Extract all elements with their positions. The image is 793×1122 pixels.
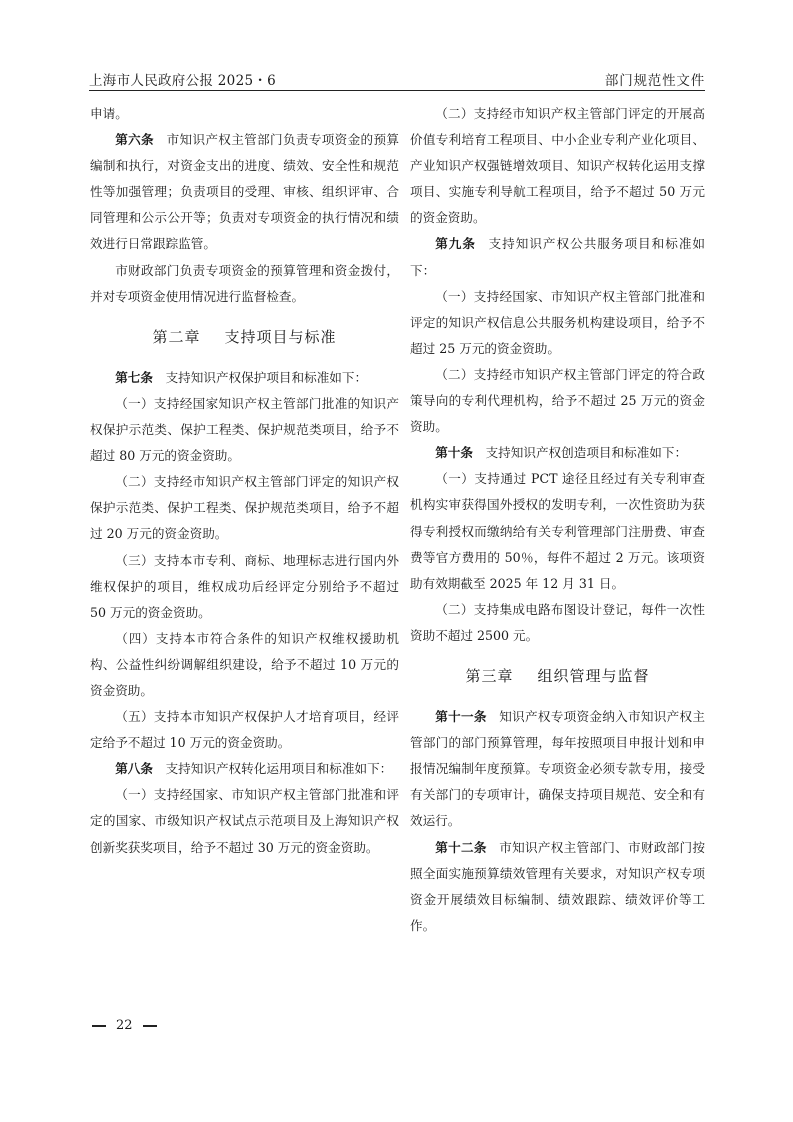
paragraph: 申请。 bbox=[90, 101, 399, 127]
article-label: 第十二条 bbox=[435, 840, 487, 855]
clause: （四）支持本市符合条件的知识产权维权援助机构、公益性纠纷调解组织建设，给予不超过… bbox=[90, 626, 399, 704]
dash-right bbox=[143, 1025, 157, 1027]
clause: （二）支持集成电路布图设计登记，每件一次性资助不超过 2500 元。 bbox=[410, 597, 705, 649]
right-column: （二）支持经市知识产权主管部门评定的开展高价值专利培育工程项目、中小企业专利产业… bbox=[410, 101, 705, 939]
chapter-title: 组织管理与监督 bbox=[538, 667, 650, 685]
clause: （一）支持经国家、市知识产权主管部门批准和评定的国家、市级知识产权试点示范项目及… bbox=[90, 782, 399, 860]
clause: （一）支持经国家知识产权主管部门批准的知识产权保护示范类、保护工程类、保护规范类… bbox=[90, 391, 399, 469]
article-text: 支持知识产权转化运用项目和标准如下： bbox=[166, 761, 393, 776]
article-12: 第十二条市知识产权主管部门、市财政部门按照全面实施预算绩效管理有关要求，对知识产… bbox=[410, 835, 705, 939]
article-8: 第八条支持知识产权转化运用项目和标准如下： bbox=[90, 756, 399, 782]
clause: （五）支持本市知识产权保护人才培育项目，经评定给予不超过 10 万元的资金资助。 bbox=[90, 704, 399, 756]
clause: （一）支持经国家、市知识产权主管部门批准和评定的知识产权信息公共服务机构建设项目… bbox=[410, 284, 705, 362]
dash-left bbox=[92, 1025, 106, 1027]
paragraph: 市财政部门负责专项资金的预算管理和资金拨付，并对专项资金使用情况进行监督检查。 bbox=[90, 258, 399, 310]
clause: （一）支持通过 PCT 途径且经过有关专利审查机构实审获得国外授权的发明专利，一… bbox=[410, 466, 705, 596]
chapter-number: 第三章 bbox=[465, 667, 513, 685]
clause: （二）支持经市知识产权主管部门评定的符合政策导向的专利代理机构，给予不超过 25… bbox=[410, 362, 705, 440]
clause: （二）支持经市知识产权主管部门评定的开展高价值专利培育工程项目、中小企业专利产业… bbox=[410, 101, 705, 231]
page-number: 22 bbox=[92, 1018, 157, 1033]
chapter-number: 第二章 bbox=[152, 328, 200, 346]
running-header: 上海市人民政府公报 2025・6 部门规范性文件 bbox=[89, 66, 705, 91]
article-11: 第十一条知识产权专项资金纳入市知识产权主管部门的部门预算管理，每年按照项目申报计… bbox=[410, 704, 705, 834]
section-title: 部门规范性文件 bbox=[605, 69, 705, 89]
clause: （三）支持本市专利、商标、地理标志进行国内外维权保护的项目，维权成功后经评定分别… bbox=[90, 548, 399, 626]
article-label: 第七条 bbox=[115, 370, 153, 385]
chapter-heading: 第二章支持项目与标准 bbox=[90, 324, 399, 350]
article-6: 第六条市知识产权主管部门负责专项资金的预算编制和执行，对资金支出的进度、绩效、安… bbox=[90, 127, 399, 257]
article-label: 第十条 bbox=[435, 445, 473, 460]
page-number-text: 22 bbox=[116, 1018, 133, 1033]
left-column: 申请。 第六条市知识产权主管部门负责专项资金的预算编制和执行，对资金支出的进度、… bbox=[90, 101, 399, 861]
article-label: 第六条 bbox=[115, 132, 154, 147]
article-label: 第十一条 bbox=[435, 709, 487, 724]
chapter-heading: 第三章组织管理与监督 bbox=[410, 663, 705, 689]
article-text: 支持知识产权创造项目和标准如下： bbox=[486, 445, 688, 460]
article-7: 第七条支持知识产权保护项目和标准如下： bbox=[90, 365, 399, 391]
article-label: 第九条 bbox=[435, 236, 476, 251]
article-9: 第九条支持知识产权公共服务项目和标准如下： bbox=[410, 231, 705, 283]
article-text: 市知识产权主管部门负责专项资金的预算编制和执行，对资金支出的进度、绩效、安全性和… bbox=[90, 132, 399, 251]
article-10: 第十条支持知识产权创造项目和标准如下： bbox=[410, 440, 705, 466]
article-label: 第八条 bbox=[115, 761, 153, 776]
clause: （二）支持经市知识产权主管部门评定的知识产权保护示范类、保护工程类、保护规范类项… bbox=[90, 469, 399, 547]
article-text: 支持知识产权保护项目和标准如下： bbox=[166, 370, 368, 385]
publication-title: 上海市人民政府公报 2025・6 bbox=[89, 69, 276, 89]
article-text: 知识产权专项资金纳入市知识产权主管部门的部门预算管理，每年按照项目申报计划和申报… bbox=[410, 709, 705, 828]
chapter-title: 支持项目与标准 bbox=[225, 328, 337, 346]
